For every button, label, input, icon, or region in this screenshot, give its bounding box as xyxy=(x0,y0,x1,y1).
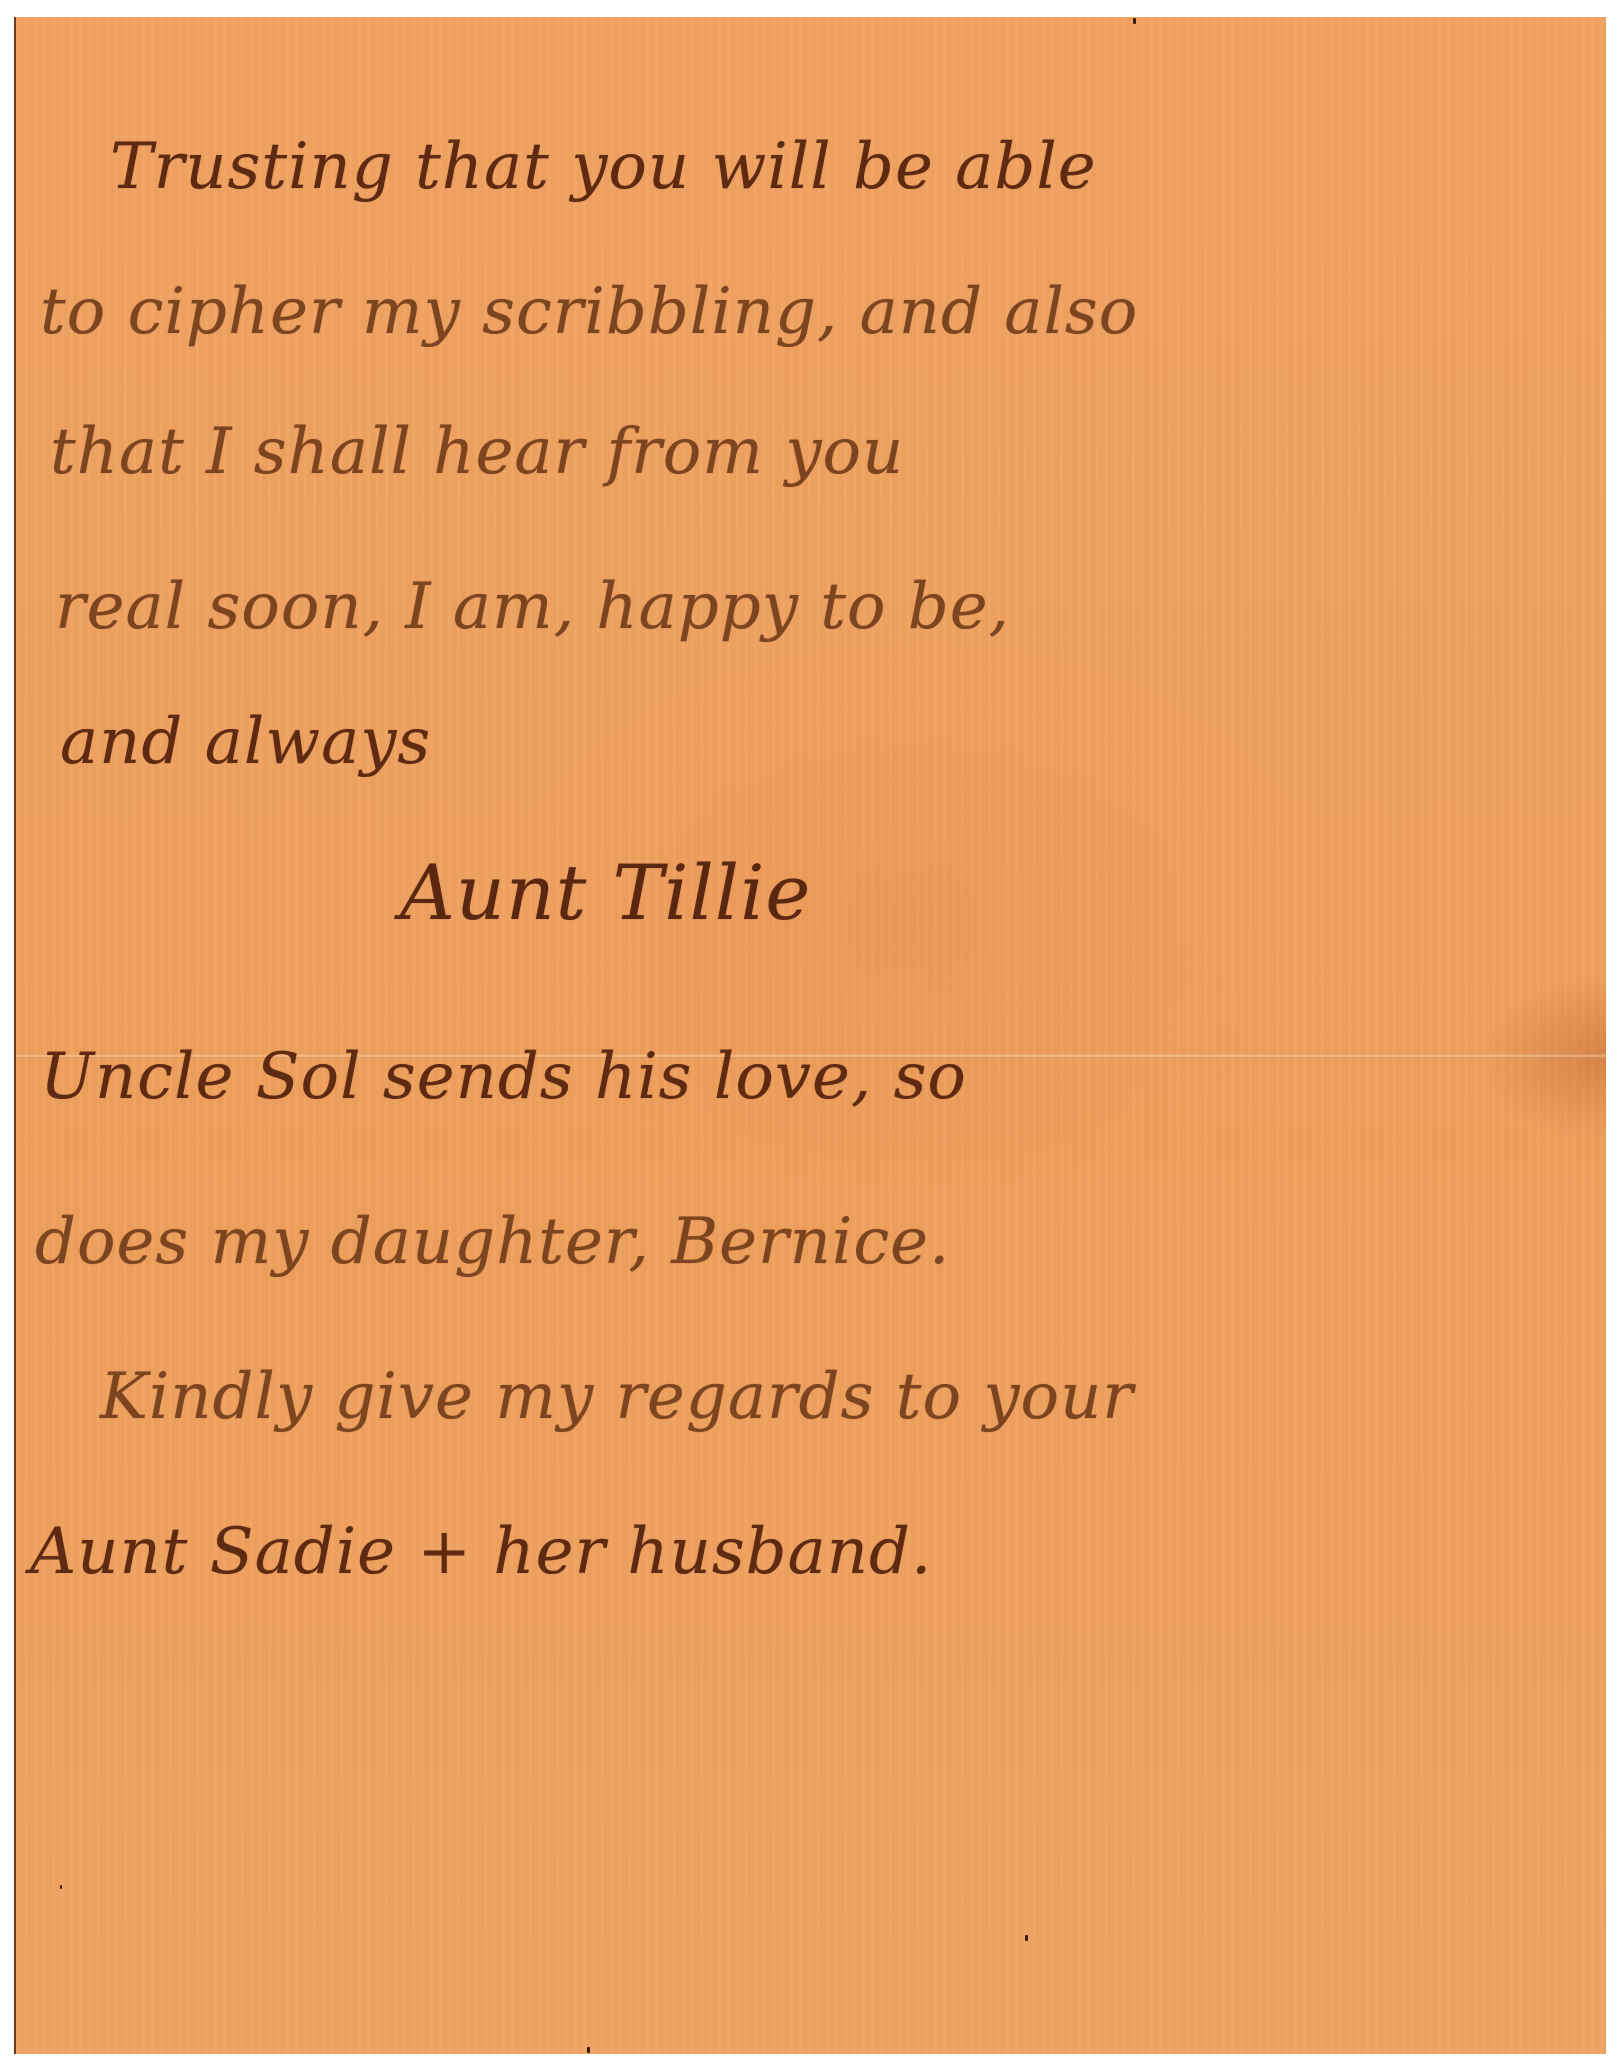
paper-speck xyxy=(587,2047,590,2053)
postscript-line-3: Kindly give my regards to your xyxy=(100,1365,1134,1429)
paper-speck xyxy=(60,1885,62,1889)
body-line-1: Trusting that you will be able xyxy=(110,135,1097,199)
paper-speck xyxy=(1133,18,1136,24)
body-line-2: to cipher my scribbling, and also xyxy=(40,280,1138,344)
postscript-line-4: Aunt Sadie + her husband. xyxy=(30,1520,932,1584)
body-line-3: that I shall hear from you xyxy=(50,420,904,484)
signature: Aunt Tillie xyxy=(400,855,811,931)
paper-speck xyxy=(1025,1935,1028,1941)
postscript-line-1: Uncle Sol sends his love, so xyxy=(40,1045,967,1109)
body-line-4: real soon, I am, happy to be, xyxy=(55,575,1010,639)
postscript-line-2: does my daughter, Bernice. xyxy=(35,1210,950,1274)
body-line-5: and always xyxy=(60,710,431,774)
